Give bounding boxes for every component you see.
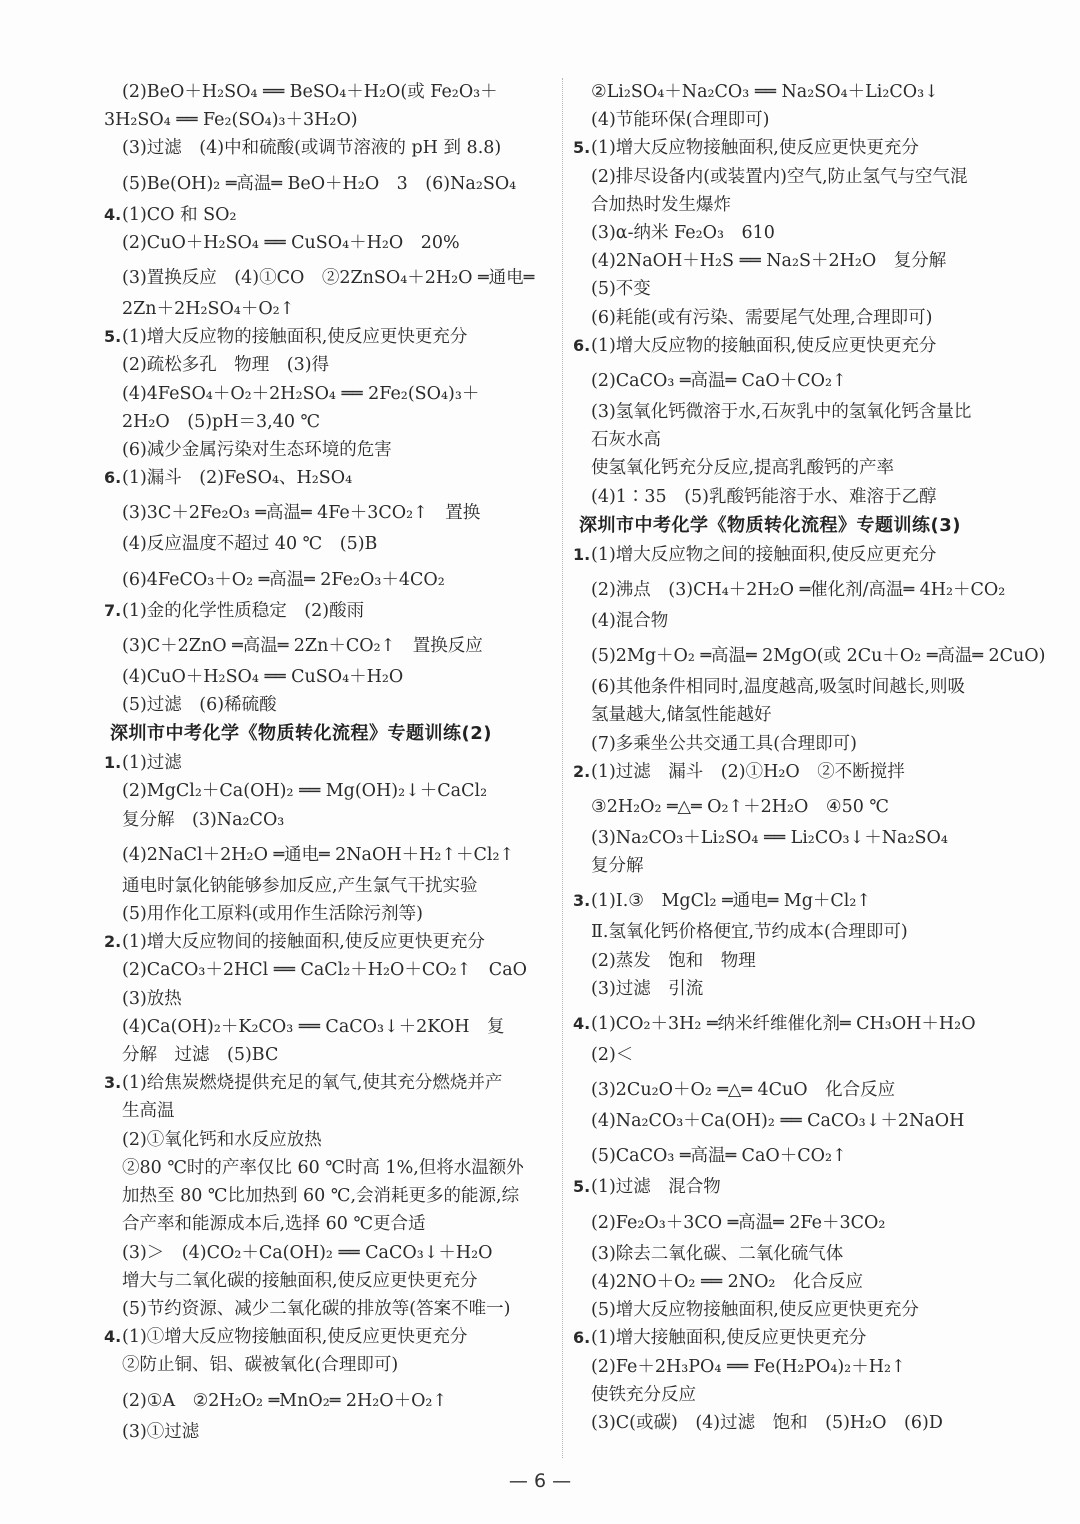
answer-text: 加热至 80 ℃比加热到 60 ℃,会消耗更多的能源,综 xyxy=(122,1186,519,1206)
answer-text: 使氢氧化钙充分反应,提高乳酸钙的产率 xyxy=(591,458,894,478)
answer-text: 石灰水高 xyxy=(591,430,661,450)
answer-line: (3)α-纳米 Fe₂O₃ 610 xyxy=(573,219,1033,247)
question-line: 4.(1)CO 和 SO₂ xyxy=(104,201,544,229)
answer-line: ②80 ℃时的产率仅比 60 ℃时高 1%,但将水温额外 xyxy=(104,1154,544,1182)
answer-text: (4)1∶35 (5)乳酸钙能溶于水、难溶于乙醇 xyxy=(591,487,936,507)
answer-line: (3)①过滤 xyxy=(104,1418,544,1446)
answer-line: ③2H₂O₂ ═△═ O₂↑＋2H₂O ④50 ℃ xyxy=(573,786,1033,824)
answer-text: (4)混合物 xyxy=(591,611,668,631)
answer-text: (3)α-纳米 Fe₂O₃ 610 xyxy=(591,223,775,243)
answer-line: (4)Ca(OH)₂＋K₂CO₃ ══ CaCO₃↓＋2KOH 复 xyxy=(104,1013,544,1041)
question-line: 6.(1)漏斗 (2)FeSO₄、H₂SO₄ xyxy=(104,464,544,492)
answer-line: (4)反应温度不超过 40 ℃ (5)B xyxy=(104,530,544,558)
answer-text: (4)2NaCl＋2H₂O ═通电═ 2NaOH＋H₂↑＋Cl₂↑ xyxy=(122,845,514,865)
question-number: 7. xyxy=(104,597,122,625)
answer-line: (4)2NaCl＋2H₂O ═通电═ 2NaOH＋H₂↑＋Cl₂↑ xyxy=(104,834,544,872)
answer-line: (2)＜ xyxy=(573,1041,1033,1069)
question-line: 6.(1)增大反应物的接触面积,使反应更快更充分 xyxy=(573,332,1033,360)
answer-text: ②80 ℃时的产率仅比 60 ℃时高 1%,但将水温额外 xyxy=(122,1158,524,1178)
question-number: 5. xyxy=(104,323,122,351)
answer-text: (1)①增大反应物接触面积,使反应更快更充分 xyxy=(122,1327,467,1347)
answer-line: 生高温 xyxy=(104,1097,544,1125)
answer-line: (5)增大反应物接触面积,使反应更快更充分 xyxy=(573,1296,1033,1324)
question-number: 4. xyxy=(104,1323,122,1351)
answer-line: (4)混合物 xyxy=(573,607,1033,635)
answer-text: (4)Ca(OH)₂＋K₂CO₃ ══ CaCO₃↓＋2KOH 复 xyxy=(122,1017,505,1037)
answer-line: 复分解 xyxy=(573,852,1033,880)
answer-text: (4)2NaOH＋H₂S ══ Na₂S＋2H₂O 复分解 xyxy=(591,251,946,271)
answer-text: 复分解 (3)Na₂CO₃ xyxy=(122,810,284,830)
question-number: 1. xyxy=(573,541,591,569)
answer-line: (2)排尽设备内(或装置内)空气,防止氢气与空气混 xyxy=(573,163,1033,191)
answer-line: 增大与二氧化碳的接触面积,使反应更快更充分 xyxy=(104,1267,544,1295)
answer-line: (3)氢氧化钙微溶于水,石灰乳中的氢氧化钙含量比 xyxy=(573,398,1033,426)
answer-text: (2)MgCl₂＋Ca(OH)₂ ══ Mg(OH)₂↓＋CaCl₂ xyxy=(122,781,487,801)
answer-text: (6)减少金属污染对生态环境的危害 xyxy=(122,440,392,460)
answer-text: (1)Ⅰ.③ MgCl₂ ═通电═ Mg＋Cl₂↑ xyxy=(591,891,871,911)
question-number: 6. xyxy=(573,1324,591,1352)
answer-text: (3)3C＋2Fe₂O₃ ═高温═ 4Fe＋3CO₂↑ 置换 xyxy=(122,503,480,523)
question-number: 2. xyxy=(104,928,122,956)
left-column: (2)BeO＋H₂SO₄ ══ BeSO₄＋H₂O(或 Fe₂O₃＋3H₂SO₄… xyxy=(104,78,544,1446)
answer-line: (4)CuO＋H₂SO₄ ══ CuSO₄＋H₂O xyxy=(104,663,544,691)
answer-line: (2)CaCO₃＋2HCl ══ CaCl₂＋H₂O＋CO₂↑ CaO xyxy=(104,956,544,984)
answer-text: (2)①A ②2H₂O₂ ═MnO₂═ 2H₂O＋O₂↑ xyxy=(122,1391,447,1411)
answer-text: (1)漏斗 (2)FeSO₄、H₂SO₄ xyxy=(122,468,352,488)
answer-text: Ⅱ.氢氧化钙价格便宜,节约成本(合理即可) xyxy=(591,922,908,942)
answer-line: 石灰水高 xyxy=(573,426,1033,454)
answer-text: (3)Na₂CO₃＋Li₂SO₄ ══ Li₂CO₃↓＋Na₂SO₄ xyxy=(591,828,948,848)
answer-text: 增大与二氧化碳的接触面积,使反应更快更充分 xyxy=(122,1271,478,1291)
answer-line: (2)①氧化钙和水反应放热 xyxy=(104,1126,544,1154)
question-line: 1.(1)增大反应物之间的接触面积,使反应更充分 xyxy=(573,541,1033,569)
answer-text: (1)CO 和 SO₂ xyxy=(122,205,237,225)
answer-line: (3)过滤 (4)中和硫酸(或调节溶液的 pH 到 8.8) xyxy=(104,134,544,162)
answer-text: 2H₂O (5)pH＝3,40 ℃ xyxy=(122,412,320,432)
answer-text: (3)过滤 引流 xyxy=(591,979,703,999)
answer-text: (3)放热 xyxy=(122,989,182,1009)
answer-text: (2)CaCO₃＋2HCl ══ CaCl₂＋H₂O＋CO₂↑ CaO xyxy=(122,960,527,980)
answer-text: (3)＞ (4)CO₂＋Ca(OH)₂ ══ CaCO₃↓＋H₂O xyxy=(122,1243,493,1263)
answer-text: (5)Be(OH)₂ ═高温═ BeO＋H₂O 3 (6)Na₂SO₄ xyxy=(122,174,516,194)
answer-line: (2)疏松多孔 物理 (3)得 xyxy=(104,351,544,379)
answer-line: (3)C(或碳) (4)过滤 饱和 (5)H₂O (6)D xyxy=(573,1409,1033,1437)
answer-text: 通电时氯化钠能够参加反应,产生氯气干扰实验 xyxy=(122,876,478,896)
answer-line: (5)不变 xyxy=(573,275,1033,303)
answer-text: (4)反应温度不超过 40 ℃ (5)B xyxy=(122,534,377,554)
answer-text: (1)增大反应物的接触面积,使反应更快更充分 xyxy=(591,336,936,356)
answer-text: (3)氢氧化钙微溶于水,石灰乳中的氢氧化钙含量比 xyxy=(591,402,971,422)
answer-text: 合产率和能源成本后,选择 60 ℃更合适 xyxy=(122,1214,426,1234)
answer-text: ②防止铜、铝、碳被氧化(合理即可) xyxy=(122,1355,398,1375)
answer-text: (2)蒸发 饱和 物理 xyxy=(591,951,756,971)
answer-line: (2)蒸发 饱和 物理 xyxy=(573,947,1033,975)
answer-line: 2Zn＋2H₂SO₄＋O₂↑ xyxy=(104,295,544,323)
answer-line: 合产率和能源成本后,选择 60 ℃更合适 xyxy=(104,1210,544,1238)
question-line: 7.(1)金的化学性质稳定 (2)酸雨 xyxy=(104,597,544,625)
question-line: 6.(1)增大接触面积,使反应更快更充分 xyxy=(573,1324,1033,1352)
answer-text: (1)给焦炭燃烧提供充足的氧气,使其充分燃烧并产 xyxy=(122,1073,502,1093)
answer-text: (5)增大反应物接触面积,使反应更快更充分 xyxy=(591,1300,919,1320)
answer-text: (3)除去二氧化碳、二氧化硫气体 xyxy=(591,1244,843,1264)
answer-text: (5)过滤 (6)稀硫酸 xyxy=(122,695,277,715)
answer-line: 合加热时发生爆炸 xyxy=(573,191,1033,219)
answer-line: (2)CuO＋H₂SO₄ ══ CuSO₄＋H₂O 20% xyxy=(104,229,544,257)
right-column: ②Li₂SO₄＋Na₂CO₃ ══ Na₂SO₄＋Li₂CO₃↓(4)节能环保(… xyxy=(573,78,1033,1437)
answer-text: (2)CaCO₃ ═高温═ CaO＋CO₂↑ xyxy=(591,371,847,391)
answer-text: 3H₂SO₄ ══ Fe₂(SO₄)₃＋3H₂O) xyxy=(104,110,358,130)
page-number: — 6 — xyxy=(0,1470,1080,1492)
question-line: 3.(1)给焦炭燃烧提供充足的氧气,使其充分燃烧并产 xyxy=(104,1069,544,1097)
answer-line: 氢量越大,储氢性能越好 xyxy=(573,701,1033,729)
answer-line: (2)CaCO₃ ═高温═ CaO＋CO₂↑ xyxy=(573,360,1033,398)
answer-line: Ⅱ.氢氧化钙价格便宜,节约成本(合理即可) xyxy=(573,918,1033,946)
answer-line: 2H₂O (5)pH＝3,40 ℃ xyxy=(104,408,544,436)
answer-text: (5)CaCO₃ ═高温═ CaO＋CO₂↑ xyxy=(591,1146,847,1166)
answer-line: (2)Fe＋2H₃PO₄ ══ Fe(H₂PO₄)₂＋H₂↑ xyxy=(573,1353,1033,1381)
answer-text: 生高温 xyxy=(122,1101,175,1121)
answer-text: (4)节能环保(合理即可) xyxy=(591,110,769,130)
answer-text: 2Zn＋2H₂SO₄＋O₂↑ xyxy=(122,299,294,319)
answer-text: (2)沸点 (3)CH₄＋2H₂O ═催化剂/高温═ 4H₂＋CO₂ xyxy=(591,580,1005,600)
answer-line: 使铁充分反应 xyxy=(573,1381,1033,1409)
answer-line: (5)2Mg＋O₂ ═高温═ 2MgO(或 2Cu＋O₂ ═高温═ 2CuO) xyxy=(573,635,1033,673)
answer-line: (2)沸点 (3)CH₄＋2H₂O ═催化剂/高温═ 4H₂＋CO₂ xyxy=(573,569,1033,607)
question-line: 5.(1)增大反应物的接触面积,使反应更快更充分 xyxy=(104,323,544,351)
answer-line: (6)耗能(或有污染、需要尾气处理,合理即可) xyxy=(573,304,1033,332)
answer-line: (4)Na₂CO₃＋Ca(OH)₂ ══ CaCO₃↓＋2NaOH xyxy=(573,1107,1033,1135)
answer-line: (6)4FeCO₃＋O₂ ═高温═ 2Fe₂O₃＋4CO₂ xyxy=(104,559,544,597)
answer-text: (3)①过滤 xyxy=(122,1422,199,1442)
answer-text: (1)金的化学性质稳定 (2)酸雨 xyxy=(122,601,364,621)
answer-line: 分解 过滤 (5)BC xyxy=(104,1041,544,1069)
answer-text: (6)其他条件相同时,温度越高,吸氢时间越长,则吸 xyxy=(591,677,965,697)
answer-line: (2)MgCl₂＋Ca(OH)₂ ══ Mg(OH)₂↓＋CaCl₂ xyxy=(104,777,544,805)
answer-text: (1)增大接触面积,使反应更快更充分 xyxy=(591,1328,866,1348)
question-line: 4.(1)①增大反应物接触面积,使反应更快更充分 xyxy=(104,1323,544,1351)
answer-text: (1)过滤 xyxy=(122,753,182,773)
answer-line: (4)2NaOH＋H₂S ══ Na₂S＋2H₂O 复分解 xyxy=(573,247,1033,275)
answer-line: (4)2NO＋O₂ ══ 2NO₂ 化合反应 xyxy=(573,1268,1033,1296)
answer-line: 使氢氧化钙充分反应,提高乳酸钙的产率 xyxy=(573,454,1033,482)
answer-text: (2)CuO＋H₂SO₄ ══ CuSO₄＋H₂O 20% xyxy=(122,233,460,253)
answer-line: (2)Fe₂O₃＋3CO ═高温═ 2Fe＋3CO₂ xyxy=(573,1202,1033,1240)
answer-text: (1)CO₂＋3H₂ ═纳米纤维催化剂═ CH₃OH＋H₂O xyxy=(591,1014,976,1034)
answer-text: (5)2Mg＋O₂ ═高温═ 2MgO(或 2Cu＋O₂ ═高温═ 2CuO) xyxy=(591,646,1045,666)
answer-line: (6)减少金属污染对生态环境的危害 xyxy=(104,436,544,464)
answer-text: (2)Fe＋2H₃PO₄ ══ Fe(H₂PO₄)₂＋H₂↑ xyxy=(591,1357,906,1377)
answer-line: (5)CaCO₃ ═高温═ CaO＋CO₂↑ xyxy=(573,1135,1033,1173)
answer-line: (5)节约资源、减少二氧化碳的排放等(答案不唯一) xyxy=(104,1295,544,1323)
answer-text: (5)用作化工原料(或用作生活除污剂等) xyxy=(122,904,423,924)
answer-text: (4)Na₂CO₃＋Ca(OH)₂ ══ CaCO₃↓＋2NaOH xyxy=(591,1111,964,1131)
answer-line: (3)Na₂CO₃＋Li₂SO₄ ══ Li₂CO₃↓＋Na₂SO₄ xyxy=(573,824,1033,852)
question-number: 1. xyxy=(104,749,122,777)
answer-line: (3)3C＋2Fe₂O₃ ═高温═ 4Fe＋3CO₂↑ 置换 xyxy=(104,492,544,530)
question-number: 3. xyxy=(573,884,591,918)
question-number: 5. xyxy=(573,134,591,162)
answer-text: (2)＜ xyxy=(591,1045,633,1065)
answer-line: 加热至 80 ℃比加热到 60 ℃,会消耗更多的能源,综 xyxy=(104,1182,544,1210)
question-line: 5.(1)过滤 混合物 xyxy=(573,1173,1033,1201)
answer-line: (4)4FeSO₄＋O₂＋2H₂SO₄ ══ 2Fe₂(SO₄)₃＋ xyxy=(104,380,544,408)
answer-line: 复分解 (3)Na₂CO₃ xyxy=(104,806,544,834)
answer-line: ②Li₂SO₄＋Na₂CO₃ ══ Na₂SO₄＋Li₂CO₃↓ xyxy=(573,78,1033,106)
answer-text: (1)增大反应物之间的接触面积,使反应更充分 xyxy=(591,545,936,565)
question-line: 2.(1)增大反应物间的接触面积,使反应更快更充分 xyxy=(104,928,544,956)
column-divider xyxy=(562,78,563,1458)
answer-line: (5)用作化工原料(或用作生活除污剂等) xyxy=(104,900,544,928)
answer-text: (7)多乘坐公共交通工具(合理即可) xyxy=(591,734,857,754)
answer-line: ②防止铜、铝、碳被氧化(合理即可) xyxy=(104,1351,544,1379)
answer-text: (1)过滤 漏斗 (2)①H₂O ②不断搅拌 xyxy=(591,762,905,782)
answer-line: 3H₂SO₄ ══ Fe₂(SO₄)₃＋3H₂O) xyxy=(104,106,544,134)
answer-text: 分解 过滤 (5)BC xyxy=(122,1045,278,1065)
section-heading: 深圳市中考化学《物质转化流程》专题训练(3) xyxy=(573,511,1033,541)
answer-line: (2)BeO＋H₂SO₄ ══ BeSO₄＋H₂O(或 Fe₂O₃＋ xyxy=(104,78,544,106)
question-number: 3. xyxy=(104,1069,122,1097)
answer-line: (3)C＋2ZnO ═高温═ 2Zn＋CO₂↑ 置换反应 xyxy=(104,625,544,663)
answer-line: (3)2Cu₂O＋O₂ ═△═ 4CuO 化合反应 xyxy=(573,1069,1033,1107)
question-line: 2.(1)过滤 漏斗 (2)①H₂O ②不断搅拌 xyxy=(573,758,1033,786)
answer-line: (3)置换反应 (4)①CO ②2ZnSO₄＋2H₂O ═通电═ xyxy=(104,257,544,295)
answer-text: 复分解 xyxy=(591,856,644,876)
answer-text: (6)4FeCO₃＋O₂ ═高温═ 2Fe₂O₃＋4CO₂ xyxy=(122,570,445,590)
answer-text: (2)Fe₂O₃＋3CO ═高温═ 2Fe＋3CO₂ xyxy=(591,1213,885,1233)
answer-text: (3)C＋2ZnO ═高温═ 2Zn＋CO₂↑ 置换反应 xyxy=(122,636,483,656)
section-heading: 深圳市中考化学《物质转化流程》专题训练(2) xyxy=(104,719,544,749)
answer-text: 氢量越大,储氢性能越好 xyxy=(591,705,772,725)
answer-text: (4)2NO＋O₂ ══ 2NO₂ 化合反应 xyxy=(591,1272,863,1292)
answer-text: (3)置换反应 (4)①CO ②2ZnSO₄＋2H₂O ═通电═ xyxy=(122,268,534,288)
question-line: 4.(1)CO₂＋3H₂ ═纳米纤维催化剂═ CH₃OH＋H₂O xyxy=(573,1003,1033,1041)
answer-text: (5)节约资源、减少二氧化碳的排放等(答案不唯一) xyxy=(122,1299,510,1319)
answer-line: (3)＞ (4)CO₂＋Ca(OH)₂ ══ CaCO₃↓＋H₂O xyxy=(104,1239,544,1267)
answer-text: (2)疏松多孔 物理 (3)得 xyxy=(122,355,329,375)
answer-text: (1)过滤 混合物 xyxy=(591,1177,721,1197)
answer-text: (2)BeO＋H₂SO₄ ══ BeSO₄＋H₂O(或 Fe₂O₃＋ xyxy=(122,82,498,102)
answer-text: (3)C(或碳) (4)过滤 饱和 (5)H₂O (6)D xyxy=(591,1413,943,1433)
answer-text: ③2H₂O₂ ═△═ O₂↑＋2H₂O ④50 ℃ xyxy=(591,797,889,817)
question-number: 4. xyxy=(573,1007,591,1041)
question-line: 5.(1)增大反应物接触面积,使反应更快更充分 xyxy=(573,134,1033,162)
question-number: 4. xyxy=(104,201,122,229)
answer-line: (2)①A ②2H₂O₂ ═MnO₂═ 2H₂O＋O₂↑ xyxy=(104,1380,544,1418)
answer-text: (1)增大反应物接触面积,使反应更快更充分 xyxy=(591,138,919,158)
answer-text: 使铁充分反应 xyxy=(591,1385,696,1405)
answer-text: (1)增大反应物的接触面积,使反应更快更充分 xyxy=(122,327,467,347)
answer-text: (4)CuO＋H₂SO₄ ══ CuSO₄＋H₂O xyxy=(122,667,403,687)
answer-line: (6)其他条件相同时,温度越高,吸氢时间越长,则吸 xyxy=(573,673,1033,701)
answer-text: (3)过滤 (4)中和硫酸(或调节溶液的 pH 到 8.8) xyxy=(122,138,501,158)
answer-line: (3)放热 xyxy=(104,985,544,1013)
question-number: 6. xyxy=(573,332,591,360)
answer-text: (2)排尽设备内(或装置内)空气,防止氢气与空气混 xyxy=(591,167,968,187)
question-line: 3.(1)Ⅰ.③ MgCl₂ ═通电═ Mg＋Cl₂↑ xyxy=(573,880,1033,918)
answer-text: (2)①氧化钙和水反应放热 xyxy=(122,1130,322,1150)
answer-line: (5)Be(OH)₂ ═高温═ BeO＋H₂O 3 (6)Na₂SO₄ xyxy=(104,163,544,201)
question-line: 1.(1)过滤 xyxy=(104,749,544,777)
answer-text: (5)不变 xyxy=(591,279,651,299)
answer-text: 合加热时发生爆炸 xyxy=(591,195,731,215)
question-number: 6. xyxy=(104,464,122,492)
answer-line: 通电时氯化钠能够参加反应,产生氯气干扰实验 xyxy=(104,872,544,900)
answer-text: (1)增大反应物间的接触面积,使反应更快更充分 xyxy=(122,932,485,952)
answer-line: (7)多乘坐公共交通工具(合理即可) xyxy=(573,730,1033,758)
answer-line: (5)过滤 (6)稀硫酸 xyxy=(104,691,544,719)
answer-text: (4)4FeSO₄＋O₂＋2H₂SO₄ ══ 2Fe₂(SO₄)₃＋ xyxy=(122,384,479,404)
answer-text: (6)耗能(或有污染、需要尾气处理,合理即可) xyxy=(591,308,933,328)
answer-line: (3)过滤 引流 xyxy=(573,975,1033,1003)
answer-text: (3)2Cu₂O＋O₂ ═△═ 4CuO 化合反应 xyxy=(591,1080,895,1100)
question-number: 2. xyxy=(573,758,591,786)
answer-line: (4)1∶35 (5)乳酸钙能溶于水、难溶于乙醇 xyxy=(573,483,1033,511)
answer-line: (3)除去二氧化碳、二氧化硫气体 xyxy=(573,1240,1033,1268)
answer-text: ②Li₂SO₄＋Na₂CO₃ ══ Na₂SO₄＋Li₂CO₃↓ xyxy=(591,82,939,102)
question-number: 5. xyxy=(573,1173,591,1201)
answer-line: (4)节能环保(合理即可) xyxy=(573,106,1033,134)
